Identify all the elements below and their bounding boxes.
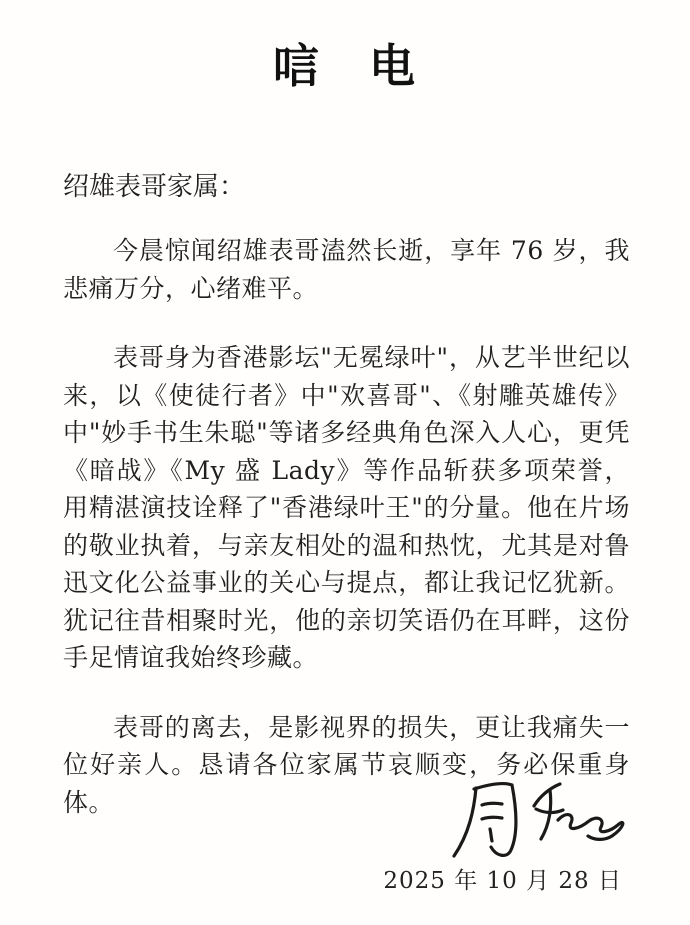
handwritten-signature-icon — [438, 772, 628, 867]
paragraph-tribute: 表哥身为香港影坛"无冕绿叶"，从艺半世纪以来，以《使徒行者》中"欢喜哥"、《射雕… — [63, 339, 630, 677]
letter-body: 绍雄表哥家属： 今晨惊闻绍雄表哥溘然长逝，享年 76 岁，我悲痛万分，心绪难平。… — [0, 168, 690, 821]
letter-title: 唁 电 — [0, 0, 690, 96]
letter-date: 2025 年 10 月 28 日 — [383, 862, 622, 895]
signature-block — [408, 772, 628, 871]
paragraph-opening: 今晨惊闻绍雄表哥溘然长逝，享年 76 岁，我悲痛万分，心绪难平。 — [63, 232, 630, 307]
salutation: 绍雄表哥家属： — [63, 168, 630, 206]
condolence-letter-page: 唁 电 绍雄表哥家属： 今晨惊闻绍雄表哥溘然长逝，享年 76 岁，我悲痛万分，心… — [0, 0, 690, 925]
